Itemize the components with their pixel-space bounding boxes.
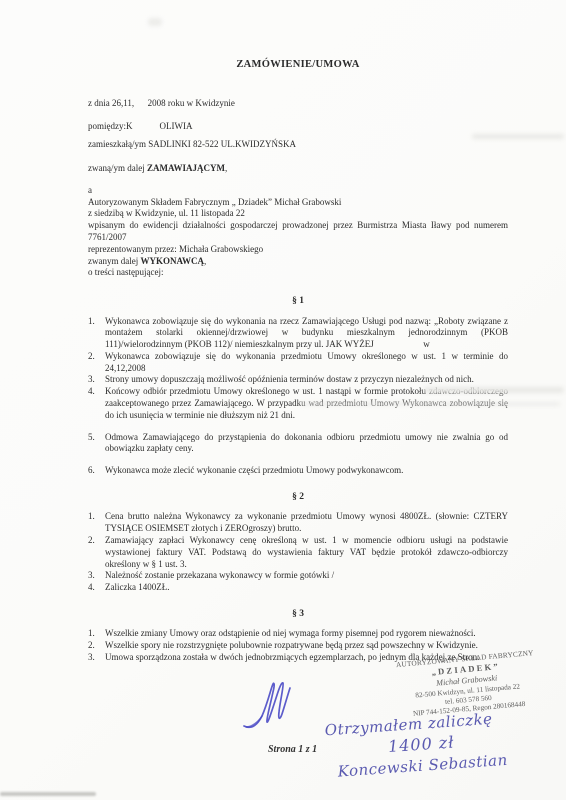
item-number: 3. — [88, 374, 105, 386]
contractor-registry-line: wpisanym do ewidencji działalności gospo… — [88, 220, 508, 244]
list-item: 1.Wykonawca zobowiązuje się do wykonania… — [88, 316, 508, 351]
contractor-called-term: WYKONAWCĄ — [140, 256, 204, 266]
contractor-called-prefix: zwanym dalej — [88, 256, 140, 266]
list-item: 6.Wykonawca może zlecić wykonanie części… — [88, 465, 508, 477]
scan-smudge — [300, 402, 560, 406]
document-body: ZAMÓWIENIE/UMOWA z dnia 26,11, 2008 roku… — [88, 58, 508, 664]
item-text: Wykonawca zobowiązuje się do wykonania p… — [105, 351, 508, 375]
section-2-heading: § 2 — [88, 491, 508, 503]
item-text: Strony umowy dopuszczają możliwość opóźn… — [105, 374, 508, 386]
item-number: 3. — [88, 570, 105, 582]
item-text: Wykonawca może zlecić wykonanie części p… — [105, 465, 508, 477]
contractor-block: a Autoryzowanym Składem Fabrycznym „ Dzi… — [88, 185, 508, 279]
item-number: 4. — [88, 386, 105, 421]
contractor-called-line: zwanym dalej WYKONAWCĄ, — [88, 256, 508, 268]
list-item: 3.Należność zostanie przekazana wykonawc… — [88, 570, 508, 582]
list-item: 2.Zamawiający zapłaci Wykonawcy cenę okr… — [88, 535, 508, 570]
residence-line: zamieszkałą/ym SADLINKI 82-522 UL.KWIDZY… — [88, 139, 508, 151]
item-text: Wszelkie zmiany Umowy oraz odstąpienie o… — [105, 628, 508, 640]
section-2-list: 1.Cena brutto należna Wykonawcy za wykon… — [88, 511, 508, 593]
item-text: Zamawiający zapłaci Wykonawcy cenę okreś… — [105, 535, 508, 570]
date-line: z dnia 26,11, 2008 roku w Kwidzynie — [88, 98, 508, 110]
item-text: Odmowa Zamawiającego do przystąpienia do… — [105, 432, 508, 456]
scan-smudge — [148, 18, 162, 26]
list-item: 4.Zaliczka 1400ZŁ. — [88, 582, 508, 594]
client-called-prefix: zwaną/ym dalej — [88, 163, 147, 173]
item-number: 1. — [88, 511, 105, 535]
client-called-term: ZAMAWIAJĄCYM — [147, 163, 225, 173]
section-3-heading: § 3 — [88, 608, 508, 620]
client-called-line: zwaną/ym dalej ZAMAWIAJĄCYM, — [88, 163, 508, 175]
contractor-representative-line: reprezentowanym przez: Michała Grabowski… — [88, 244, 508, 256]
item-text: Wszelkie spory nie rozstrzygnięte polubo… — [105, 640, 508, 652]
section-1-heading: § 1 — [88, 295, 508, 307]
item-number: 1. — [88, 316, 105, 351]
and-word: a — [88, 185, 508, 197]
handwritten-note: Otrzymałem zaliczkę 1400 zł Koncewski Se… — [324, 704, 566, 783]
list-item: 1.Wszelkie zmiany Umowy oraz odstąpienie… — [88, 628, 508, 640]
section-1-list: 1.Wykonawca zobowiązuje się do wykonania… — [88, 316, 508, 477]
item-number: 2. — [88, 535, 105, 570]
item-text: Cena brutto należna Wykonawcy za wykonan… — [105, 511, 508, 535]
signature-scribble-icon — [238, 680, 296, 739]
item-text: Wykonawca zobowiązuje się do wykonania n… — [105, 316, 508, 351]
scan-smudge — [424, 387, 564, 393]
scan-smudge — [472, 134, 564, 139]
item-text: Zaliczka 1400ZŁ. — [105, 582, 508, 594]
item-number: 4. — [88, 582, 105, 594]
content-intro-line: o treści następującej: — [88, 267, 508, 279]
scanned-contract-page: ZAMÓWIENIE/UMOWA z dnia 26,11, 2008 roku… — [0, 0, 566, 800]
client-called-suffix: , — [225, 163, 227, 173]
list-item: 5.Odmowa Zamawiającego do przystąpienia … — [88, 432, 508, 456]
item-number: 5. — [88, 432, 105, 456]
item-number: 2. — [88, 351, 105, 375]
list-item: 2.Wszelkie spory nie rozstrzygnięte polu… — [88, 640, 508, 652]
contractor-address-line: z siedzibą w Kwidzynie, ul. 11 listopada… — [88, 208, 508, 220]
list-item: 1.Cena brutto należna Wykonawcy za wykon… — [88, 511, 508, 535]
between-line: pomiędzy:K OLIWIA — [88, 121, 508, 133]
page-number-label: Strona 1 z 1 — [268, 744, 317, 755]
scan-edge-streak — [0, 792, 96, 796]
item-number: 3. — [88, 652, 105, 664]
item-number: 6. — [88, 465, 105, 477]
list-item: 2.Wykonawca zobowiązuje się do wykonania… — [88, 351, 508, 375]
contractor-name-line: Autoryzowanym Składem Fabrycznym „ Dziad… — [88, 197, 508, 209]
item-text: Należność zostanie przekazana wykonawcy … — [105, 570, 508, 582]
item-number: 1. — [88, 628, 105, 640]
document-title: ZAMÓWIENIE/UMOWA — [88, 58, 508, 72]
item-number: 2. — [88, 640, 105, 652]
contractor-called-suffix: , — [204, 256, 206, 266]
list-item: 3.Strony umowy dopuszczają możliwość opó… — [88, 374, 508, 386]
